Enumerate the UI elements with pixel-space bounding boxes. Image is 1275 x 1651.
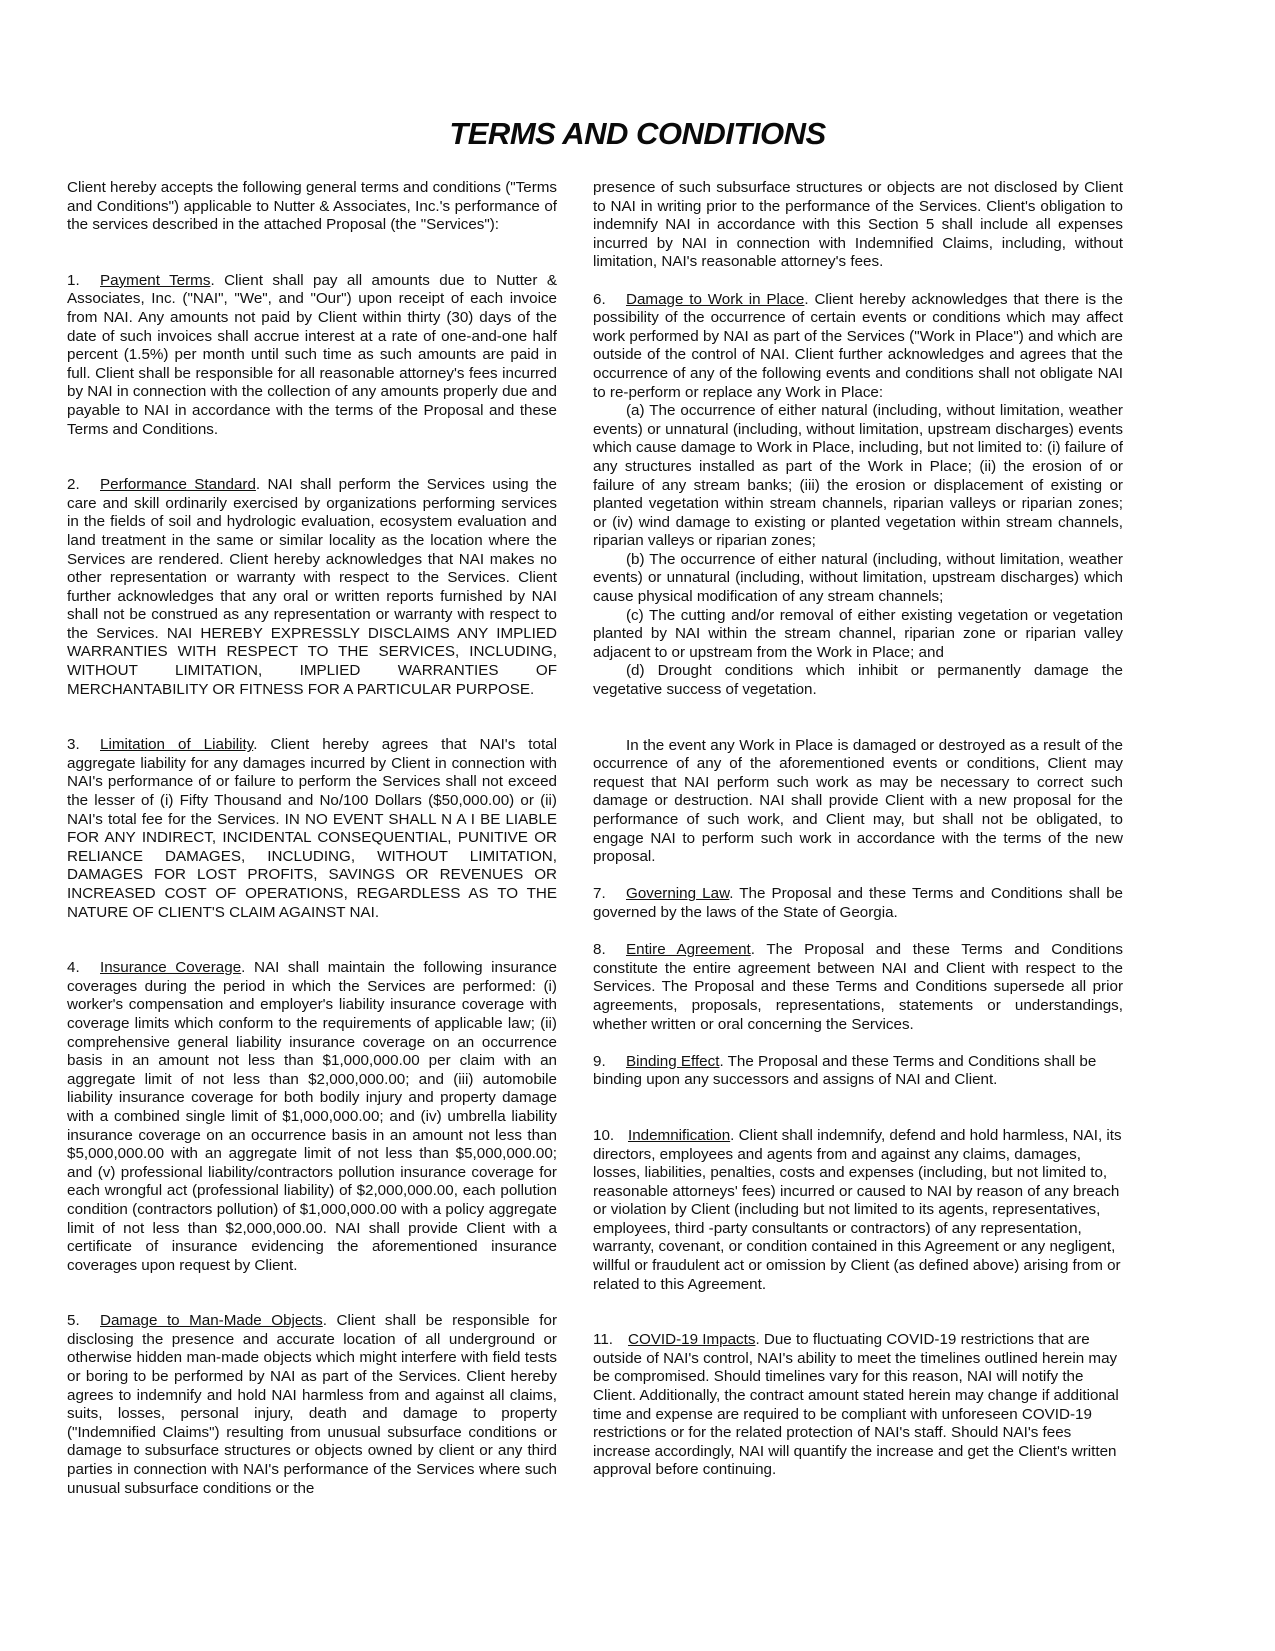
section-3-limitation-of-liability: 3.Limitation of Liability. Client hereby… [67, 736, 557, 922]
section-6-item-d: (d) Drought conditions which inhibit or … [593, 662, 1123, 699]
section-heading: Damage to Man-Made Objects [100, 1312, 323, 1329]
section-5-damage-to-man-made-objects: 5.Damage to Man-Made Objects. Client sha… [67, 1312, 557, 1498]
section-heading: Damage to Work in Place [626, 291, 804, 308]
section-1-payment-terms: 1.Payment Terms. Client shall pay all am… [67, 272, 557, 439]
section-10-indemnification: 10.Indemnification. Client shall indemni… [593, 1127, 1123, 1294]
section-body: . NAI shall maintain the following insur… [67, 959, 557, 1274]
section-body: . Client shall indemnify, defend and hol… [593, 1127, 1122, 1293]
section-body: . Client hereby agrees that NAI's total … [67, 736, 557, 920]
section-heading: Governing Law [626, 885, 729, 902]
section-heading: COVID-19 Impacts [628, 1331, 755, 1348]
section-number: 4. [67, 959, 100, 978]
section-6-damage-to-work-in-place: 6.Damage to Work in Place. Client hereby… [593, 291, 1123, 867]
section-heading: Limitation of Liability [100, 736, 253, 753]
section-6-item-c: (c) The cutting and/or removal of either… [593, 607, 1123, 663]
section-number: 1. [67, 272, 100, 291]
section-8-entire-agreement: 8.Entire Agreement. The Proposal and the… [593, 941, 1123, 1034]
section-heading: Entire Agreement [626, 941, 751, 958]
section-number: 5. [67, 1312, 100, 1331]
section-number: 11. [593, 1331, 628, 1350]
section-6-item-b: (b) The occurrence of either natural (in… [593, 551, 1123, 607]
section-number: 8. [593, 941, 626, 960]
section-9-binding-effect: 9.Binding Effect. The Proposal and these… [593, 1053, 1123, 1090]
section-number: 10. [593, 1127, 628, 1146]
section-body: . Client shall be responsible for disclo… [67, 1312, 557, 1496]
right-column: presence of such subsurface structures o… [593, 179, 1123, 1499]
intro-paragraph: Client hereby accepts the following gene… [67, 179, 557, 235]
section-4-insurance-coverage: 4.Insurance Coverage. NAI shall maintain… [67, 959, 557, 1275]
section-number: 3. [67, 736, 100, 755]
section-body: . Client shall pay all amounts due to Nu… [67, 272, 557, 438]
section-heading: Indemnification [628, 1127, 730, 1144]
page-title: TERMS AND CONDITIONS [0, 116, 1275, 152]
section-heading: Insurance Coverage [100, 959, 241, 976]
left-column: Client hereby accepts the following gene… [67, 179, 557, 1498]
section-7-governing-law: 7.Governing Law. The Proposal and these … [593, 885, 1123, 922]
section-number: 2. [67, 476, 100, 495]
section-5-continuation: presence of such subsurface structures o… [593, 179, 1123, 272]
section-6-intro: 6.Damage to Work in Place. Client hereby… [593, 291, 1123, 403]
section-number: 9. [593, 1053, 626, 1072]
section-2-performance-standard: 2.Performance Standard. NAI shall perfor… [67, 476, 557, 699]
section-number: 6. [593, 291, 626, 310]
section-11-covid-19-impacts: 11.COVID-19 Impacts. Due to fluctuating … [593, 1331, 1123, 1480]
section-heading: Payment Terms [100, 272, 210, 289]
section-heading: Binding Effect [626, 1053, 719, 1070]
section-number: 7. [593, 885, 626, 904]
section-heading: Performance Standard [100, 476, 256, 493]
section-body: . NAI shall perform the Services using t… [67, 476, 557, 698]
section-6-closing: In the event any Work in Place is damage… [593, 737, 1123, 867]
section-body: . Due to fluctuating COVID-19 restrictio… [593, 1331, 1119, 1478]
section-6-item-a: (a) The occurrence of either natural (in… [593, 402, 1123, 551]
